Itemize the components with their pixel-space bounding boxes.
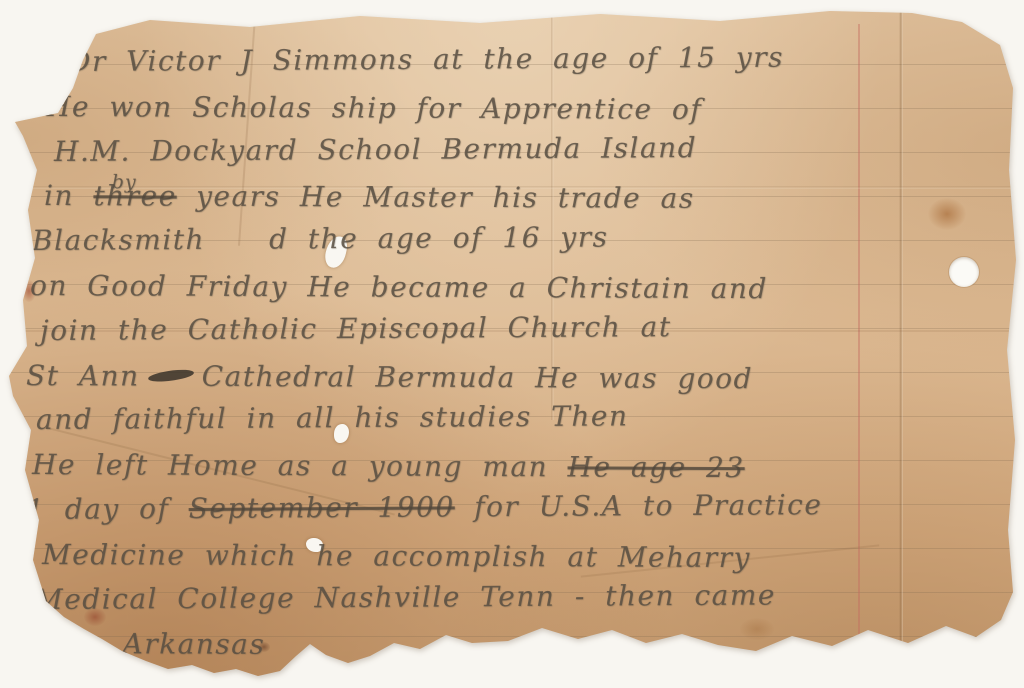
handwritten-segment: threeby [93, 180, 176, 213]
handwritten-segment: He won Scholas ship for Apprentice of [46, 90, 702, 126]
paper-shadow-wrap: Dr Victor J Simmons at the age of 15 yrs… [0, 0, 1024, 688]
handwritten-line: Blacksmithd the age of 16 yrs [32, 213, 1014, 264]
handwritten-segment: on Good Friday He became a Christain and [30, 269, 768, 305]
handwritten-line: and faithful in all his studies Then [36, 392, 1014, 443]
handwritten-line: Medical College Nashville Tenn - then ca… [34, 572, 1014, 623]
handwritten-segment: in [44, 179, 94, 212]
handwritten-line: join the Catholic Episcopal Church at [40, 303, 1014, 354]
handwritten-segment: He left Home as a young man [32, 448, 568, 483]
handwritten-segment: to Arkansas [72, 627, 265, 661]
handwritten-line: Dr Victor J Simmons at the age of 15 yrs [68, 34, 1014, 85]
handwritten-segment: He age 23 [567, 451, 744, 485]
ink-blot [147, 366, 194, 383]
handwritten-line: 1 day of September 1900 for U.S.A to Pra… [26, 482, 1014, 533]
handwritten-segment: and faithful in all his studies Then [36, 400, 629, 437]
handwritten-segment: d the age of 16 yrs [269, 221, 609, 256]
handwritten-segment: years He Master his trade as [177, 180, 695, 215]
scanned-document-view: Dr Victor J Simmons at the age of 15 yrs… [0, 0, 1024, 688]
handwritten-segment: Dr Victor J Simmons at the age of 15 yrs [68, 41, 784, 78]
handwritten-segment: Cathedral Bermuda He was good [202, 359, 753, 394]
handwritten-segment: September 1900 [189, 490, 455, 525]
handwritten-segment: 1 day of [26, 492, 189, 526]
inserted-word: by [112, 161, 137, 206]
handwritten-segment: Medicine which he accomplish at Meharry [42, 538, 751, 574]
handwritten-segment: St Ann [26, 359, 140, 392]
torn-paper-sheet: Dr Victor J Simmons at the age of 15 yrs… [0, 0, 1024, 688]
handwritten-line: to Arkansas [72, 622, 1014, 671]
handwritten-line: H.M. Dockyard School Bermuda Island [54, 124, 1014, 175]
handwritten-segment: for U.S.A to Practice [455, 488, 823, 523]
handwritten-segment: Blacksmith [32, 223, 205, 257]
handwritten-text-block: Dr Victor J Simmons at the age of 15 yrs… [26, 40, 1014, 667]
handwritten-segment: Medical College Nashville Tenn - then ca… [34, 578, 776, 616]
handwritten-segment: join the Catholic Episcopal Church at [40, 310, 672, 347]
handwritten-segment: H.M. Dockyard School Bermuda Island [54, 131, 697, 168]
